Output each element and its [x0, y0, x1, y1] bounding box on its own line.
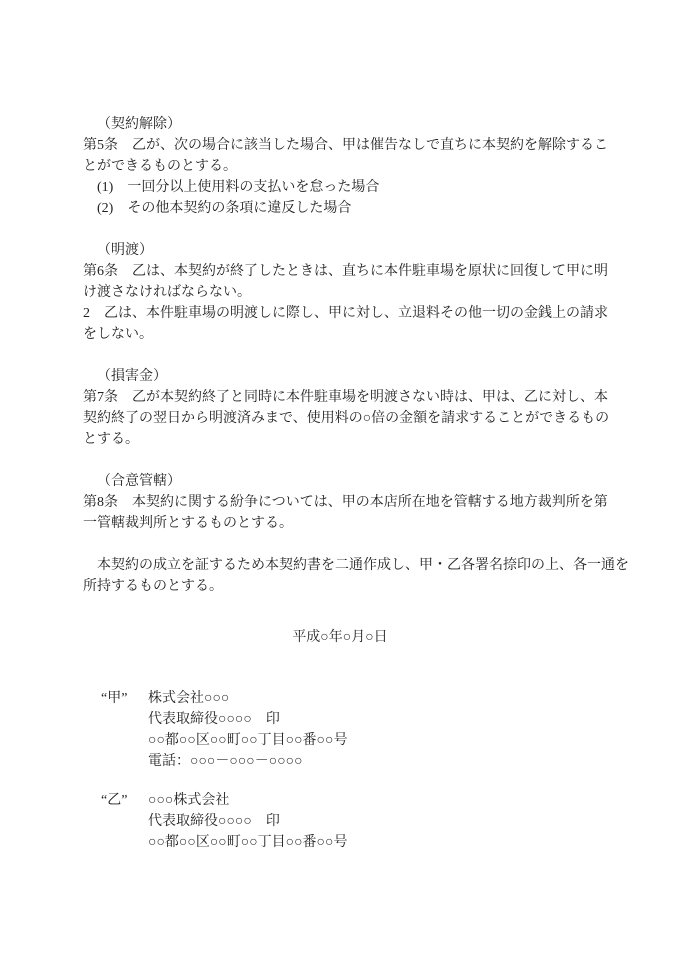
- clause-heading: （合意管轄）: [83, 471, 597, 492]
- contract-date: 平成○年○月○日: [83, 627, 597, 648]
- company-name: ○○○株式会社: [148, 790, 597, 811]
- clause-text-line: とができるものとする。: [83, 156, 597, 177]
- clause-text-line: 2 乙は、本件駐車場の明渡しに際し、甲に対し、立退料その他一切の金銭上の請求: [83, 303, 597, 324]
- contract-body: （契約解除） 第5条 乙が、次の場合に該当した場合、甲は催告なしで直ちに本契約を…: [83, 114, 597, 853]
- representative-name: 代表取締役○○○○ 印: [148, 709, 597, 730]
- clause-text-line: け渡さなければならない。: [83, 282, 597, 303]
- clause-jurisdiction: （合意管轄） 第8条 本契約に関する紛争については、甲の本店所在地を管轄する地方…: [83, 471, 597, 534]
- clause-text-line: をしない。: [83, 324, 597, 345]
- closing-text-line: 所持するものとする。: [83, 576, 597, 597]
- clause-text-line: 一管轄裁判所とするものとする。: [83, 513, 597, 534]
- contract-page: （契約解除） 第5条 乙が、次の場合に該当した場合、甲は催告なしで直ちに本契約を…: [0, 0, 680, 962]
- clause-text-line: とする。: [83, 429, 597, 450]
- signature-block-otsu: “乙” ○○○株式会社 代表取締役○○○○ 印 ○○都○○区○○町○○丁目○○番…: [83, 790, 597, 853]
- clause-text-line: 第6条 乙は、本契約が終了したときは、直ちに本件駐車場を原状に回復して甲に明: [83, 261, 597, 282]
- clause-list-item: (2) その他本契約の条項に違反した場合: [83, 198, 597, 219]
- clause-heading: （明渡）: [83, 240, 597, 261]
- clause-text-line: 第7条 乙が本契約終了と同時に本件駐車場を明渡さない時は、甲は、乙に対し、本: [83, 387, 597, 408]
- clause-surrender: （明渡） 第6条 乙は、本契約が終了したときは、直ちに本件駐車場を原状に回復して…: [83, 240, 597, 345]
- signature-party-label: “甲”: [101, 688, 127, 709]
- clause-text-line: 契約終了の翌日から明渡済みまで、使用料の○倍の金額を請求することができるもの: [83, 408, 597, 429]
- signature-party-label: “乙”: [101, 790, 127, 811]
- signature-details: 株式会社○○○ 代表取締役○○○○ 印 ○○都○○区○○町○○丁目○○番○○号 …: [148, 688, 597, 772]
- clause-text-line: 第5条 乙が、次の場合に該当した場合、甲は催告なしで直ちに本契約を解除するこ: [83, 135, 597, 156]
- company-address: ○○都○○区○○町○○丁目○○番○○号: [148, 730, 597, 751]
- clause-list-item: (1) 一回分以上使用料の支払いを怠った場合: [83, 177, 597, 198]
- company-address: ○○都○○区○○町○○丁目○○番○○号: [148, 832, 597, 853]
- company-phone: 電話：○○○－○○○－○○○○: [148, 751, 597, 772]
- clause-text-line: 第8条 本契約に関する紛争については、甲の本店所在地を管轄する地方裁判所を第: [83, 492, 597, 513]
- clause-cancellation: （契約解除） 第5条 乙が、次の場合に該当した場合、甲は催告なしで直ちに本契約を…: [83, 114, 597, 219]
- closing-text-line: 本契約の成立を証するため本契約書を二通作成し、甲・乙各署名捺印の上、各一通を: [83, 555, 597, 576]
- company-name: 株式会社○○○: [148, 688, 597, 709]
- signature-details: ○○○株式会社 代表取締役○○○○ 印 ○○都○○区○○町○○丁目○○番○○号: [148, 790, 597, 853]
- closing-statement: 本契約の成立を証するため本契約書を二通作成し、甲・乙各署名捺印の上、各一通を 所…: [83, 555, 597, 597]
- clause-heading: （損害金）: [83, 366, 597, 387]
- clause-heading: （契約解除）: [83, 114, 597, 135]
- clause-damages: （損害金） 第7条 乙が本契約終了と同時に本件駐車場を明渡さない時は、甲は、乙に…: [83, 366, 597, 450]
- representative-name: 代表取締役○○○○ 印: [148, 811, 597, 832]
- signature-block-kou: “甲” 株式会社○○○ 代表取締役○○○○ 印 ○○都○○区○○町○○丁目○○番…: [83, 688, 597, 772]
